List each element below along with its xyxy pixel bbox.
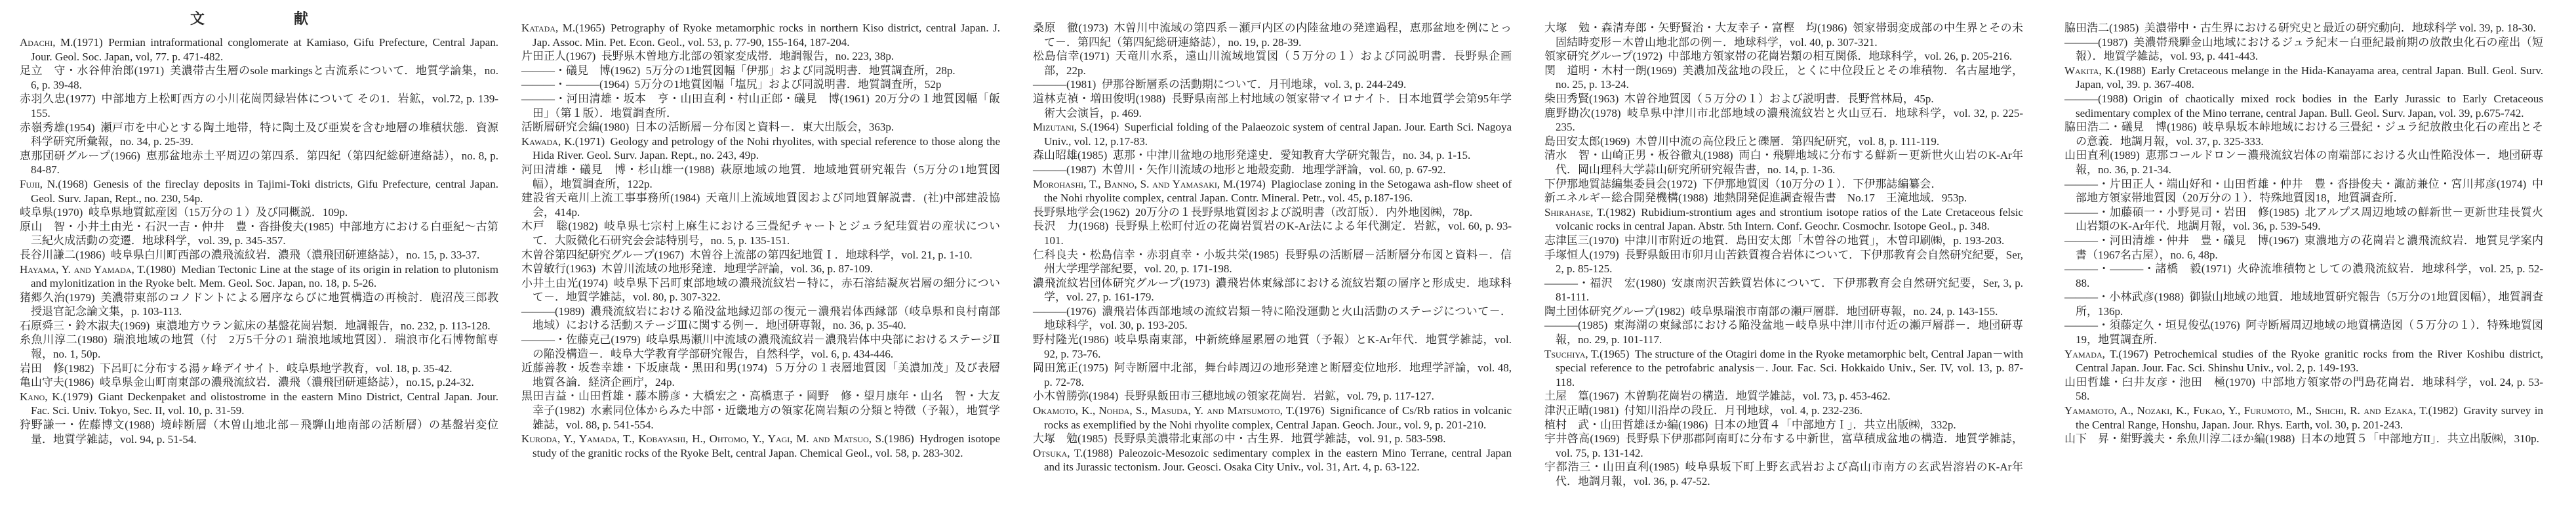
- reference-text: 日本の地質５「中部地方II」．共立出版㈱，310p.: [2301, 432, 2539, 445]
- reference-entry: 道林克禎・増田俊明(1988) 長野県南部上村地域の領家帯マイロナイト．日本地質…: [1033, 92, 1512, 120]
- reference-entry: 野村隆光(1986) 岐阜県南東部，中新統蜂屋累層の地質（予報）とK-Ar年代．…: [1033, 333, 1512, 361]
- reference-entry: 山下 昇・紺野義夫・糸魚川淳二ほか編(1988) 日本の地質５「中部地方II」．…: [2064, 432, 2543, 446]
- reference-entry: ―――・佐藤克己(1979) 岐阜県馬瀬川中流域の濃飛流紋岩－濃飛岩体中央部にお…: [521, 333, 1000, 361]
- reference-text: 長野県美濃帯北東部の中・古生界．地質学雑誌，vol. 91, p. 583-59…: [1113, 432, 1446, 445]
- reference-text: 木曽川中流域の第四系－瀬戸内区の内陸盆地の発達過程，恵那盆地を例にとって－．第四…: [1044, 22, 1512, 49]
- reference-entry: Morohashi, T., Banno, S. and Yamasaki, M…: [1033, 177, 1512, 205]
- reference-entry: 新エネルギー総合開発機構(1988) 地熱開発促進調査報告書 No.17 王滝地…: [1544, 191, 2023, 205]
- reference-author: 活断層研究会編: [521, 121, 599, 133]
- reference-entry: 陶土団体研究グループ(1982) 岐阜県瑞浪市南部の瀬戸層群．地団研専報，no.…: [1544, 304, 2023, 319]
- reference-year: (1967): [1589, 390, 1619, 402]
- reference-text: 恵那コールドロン－濃飛流紋岩体の南端部における火山性陥没体－．地団研専報，no.…: [2076, 149, 2543, 176]
- reference-entry: ―――・礒見 博(1962) 5万分の1地質図幅「伊那」および同説明書．地質調査…: [521, 64, 1000, 78]
- reference-year: (1961): [840, 93, 870, 105]
- reference-year: (1982): [64, 362, 94, 375]
- reference-text: Origin of chaotically mixed rock bodies …: [2076, 93, 2543, 119]
- reference-text: 地熱開発促進調査報告書 No.17 王滝地域．953p.: [1714, 192, 1967, 204]
- reference-year: (1964): [599, 78, 629, 91]
- reference-author: 長野県地学会: [1033, 206, 1100, 219]
- reference-author: 手塚恒人: [1544, 249, 1589, 261]
- reference-year: (1987): [1066, 163, 1096, 176]
- reference-column-5: 脇田浩二(1985) 美濃帯中・古生界における研究史と最近の研究動向．地球科学 …: [2064, 21, 2543, 446]
- reference-year: (1980): [77, 333, 107, 346]
- reference-entry: Yamada, T.(1967) Petrochemical studies o…: [2064, 347, 2543, 375]
- reference-author: 山下 昇・紺野義夫・糸魚川淳二ほか編: [2064, 432, 2265, 445]
- reference-text: Giant Deckenpaket and olistostrome in th…: [31, 390, 498, 417]
- reference-entry: 長谷川謙二(1986) 岐阜県白川町西部の濃飛流紋岩．濃飛（濃飛団研連絡誌），n…: [20, 248, 498, 262]
- reference-year: (1986): [884, 432, 914, 445]
- reference-entry: 岡田篤正(1975) 阿寺断層中北部，舞台峠周辺の地形発達と断層変位地形．地理学…: [1033, 361, 1512, 389]
- reference-year: (1985): [1077, 432, 1107, 445]
- reference-author: 赤嶺秀雄: [20, 121, 65, 134]
- reference-year: (1978): [1591, 107, 1620, 119]
- reference-author: 新エネルギー総合開発機構: [1544, 192, 1678, 204]
- reference-entry: ―――・河田清雄・坂本 亨・山田直利・村山正郎・礒見 博(1961) 20万分の…: [521, 92, 1000, 120]
- reference-year: (1989): [555, 305, 584, 318]
- reference-author: ―――・小林武彦: [2064, 291, 2154, 303]
- reference-author: 長沢 力: [1033, 220, 1079, 232]
- reference-text: 濃飛流紋岩における陥没盆地縁辺部の復元－濃飛岩体西縁部（岐阜県和良村南部地域）に…: [533, 305, 1000, 332]
- reference-author: 山田直利: [2064, 149, 2110, 161]
- reference-year: (1972): [1667, 178, 1697, 190]
- reference-author: 関 道明・木村一朗: [1544, 64, 1647, 77]
- reference-entry: 赤嶺秀雄(1954) 瀬戸市を中心とする陶土地帯，特に陶土及び亜炭を含む地層の堆…: [20, 121, 498, 149]
- reference-text: 岐阜県白川町西部の濃飛流紋岩．濃飛（濃飛団研連絡誌），no. 15, p. 33…: [111, 249, 479, 261]
- reference-author: ―――: [1033, 163, 1066, 176]
- reference-year: (1981): [1066, 78, 1096, 91]
- reference-year: (1988): [2098, 93, 2127, 105]
- reference-text: 恵那・中津川盆地の地形発達史．愛知教育大学研究報告，no. 34, p. 1-1…: [1113, 149, 1470, 161]
- reference-year: (1976): [2210, 319, 2240, 331]
- reference-year: (1985): [1249, 249, 1278, 261]
- reference-entry: Kawada, K.(1971) Geology and petrology o…: [521, 135, 1000, 163]
- reference-entry: Yamamoto, A., Nozaki, K., Fukao, Y., Fur…: [2064, 404, 2543, 432]
- reference-author: 木戸 聡: [521, 220, 568, 232]
- reference-text: 東海湖の東縁部における陥没盆地－岐阜県中津川市付近の瀬戸層群－．地団研専報，no…: [1556, 319, 2023, 346]
- reference-entry: 赤羽久忠(1977) 中部地方上松町西方の小川花崗閃緑岩体について その1．岩鉱…: [20, 92, 498, 120]
- reference-year: (1988): [1703, 149, 1733, 161]
- reference-author: Otsuka, T.: [1033, 447, 1083, 459]
- reference-text: 長野県上松町付近の花崗岩質岩のK-Ar法による年代測定．岩鉱，vol. 60, …: [1044, 220, 1512, 247]
- reference-year: (1984): [670, 192, 700, 204]
- reference-year: (1986): [75, 249, 105, 261]
- reference-entry: 下伊那地質誌編集委員会(1972) 下伊那地質図（10万分の１）．下伊那誌編纂会…: [1544, 177, 2023, 192]
- reference-author: 柴田秀賢: [1544, 93, 1589, 105]
- reference-entry: Kano, K.(1979) Giant Deckenpaket and oli…: [20, 390, 498, 418]
- reference-author: 濃飛流紋岩団体研究グループ: [1033, 277, 1180, 289]
- reference-year: (1973): [1078, 22, 1108, 34]
- reference-year: (1979): [611, 333, 640, 346]
- reference-author: 鹿野勘次: [1544, 107, 1591, 119]
- reference-entry: Tsuchiya, T.(1965) The structure of the …: [1544, 347, 2023, 390]
- reference-author: 木曽谷第四紀研究グループ: [521, 249, 654, 261]
- reference-entry: 島田安太郎(1969) 木曽川中流の高位段丘と礫層．第四紀研究，vol. 8, …: [1544, 135, 2023, 149]
- reference-text: 日本の地質４「中部地方Ｉ」．共立出版㈱，332p.: [1714, 419, 1956, 431]
- reference-entry: ―――・福沢 宏(1980) 安康南沢苦鉄質岩体について．下伊那教育会自然研究紀…: [1544, 276, 2023, 304]
- reference-year: (1986): [1079, 333, 1108, 346]
- reference-entry: ―――(1987) 美濃帯飛騨金山地域におけるジュラ紀末－白亜紀最前期の放散虫化…: [2064, 35, 2543, 64]
- reference-year: (1982): [2428, 404, 2458, 417]
- reference-year: (1988): [2116, 64, 2145, 77]
- reference-entry: ―――・―――・諸橋 毅(1971) 火砕流堆積物としての濃飛流紋岩．地球科学，…: [2064, 262, 2543, 290]
- reference-text: 岐阜県瑞浪市南部の瀬戸層群．地団研専報，no. 24, p. 143-155.: [1690, 305, 1998, 318]
- reference-entry: ―――(1985) 東海湖の東縁部における陥没盆地－岐阜県中津川市付近の瀬戸層群…: [1544, 318, 2023, 346]
- reference-year: (1988): [2265, 432, 2295, 445]
- reference-year: (1968): [58, 178, 87, 190]
- reference-entry: 岐阜県(1970) 岐阜県地質鉱産図（15万分の１）及び同概説．109p.: [20, 205, 498, 220]
- reference-author: 亀山守夫: [20, 376, 64, 388]
- reference-year: (1982): [1655, 305, 1685, 318]
- reference-text: 下伊那地質図（10万分の１）．下伊那誌編纂会．: [1702, 178, 1942, 190]
- reference-author: ―――・須藤定久・垣見俊弘: [2064, 319, 2210, 331]
- reference-text: 木曽川・矢作川流域の地形と地殻変動．地理学評論，vol. 60, p. 67-9…: [1102, 163, 1446, 176]
- reference-entry: 大塚 勉(1985) 長野県美濃帯北東部の中・古生界．地質学雑誌，vol. 91…: [1033, 432, 1512, 446]
- reference-entry: Shirahase, T.(1982) Rubidium-strontium a…: [1544, 205, 2023, 234]
- reference-year: (1988): [1678, 192, 1708, 204]
- reference-author: 脇田浩二・礒見 博: [2064, 121, 2167, 133]
- reference-author: 足立 守・水谷伸治郎: [20, 64, 134, 77]
- reference-text: 5万分の1地質図幅「伊那」および同説明書．地質調査所，28p.: [646, 64, 956, 77]
- reference-entry: 片田正人(1967) 長野県木曽地方北部の領家変成帯．地調報告，no. 223,…: [521, 49, 1000, 64]
- reference-entry: 原山 智・小井土由光・石沢一吉・仲井 豊・沓掛俊夫(1985) 中部地方における…: [20, 220, 498, 248]
- reference-author: 大塚 勉: [1033, 432, 1077, 445]
- reference-author: 片田正人: [521, 50, 566, 62]
- reference-author: 志津匡三: [1544, 234, 1589, 247]
- reference-text: 美濃帯東部のコノドントによる層序ならびに地質構造の再検討．鹿沼茂三郎教授退官記念…: [31, 291, 498, 318]
- reference-text: 木曽谷上流部の第四紀地質Ｉ．地球科学，vol. 21, p. 1-10.: [689, 249, 972, 261]
- reference-author: Adachi, M.: [20, 36, 73, 49]
- reference-author: 道林克禎・増田俊明: [1033, 93, 1136, 105]
- reference-year: (1974): [737, 362, 767, 374]
- reference-author: ―――: [1544, 319, 1578, 331]
- reference-entry: 清水 智・山崎正男・板谷徹丸(1988) 両白・飛騨地域に分布する鮮新－更新世火…: [1544, 148, 2023, 177]
- reference-year: (1966): [111, 150, 140, 162]
- reference-year: (1965): [1600, 348, 1629, 360]
- reference-author: ―――・河田清雄・坂本 亨・山田直利・村山正郎・礒見 博: [521, 93, 840, 105]
- reference-text: 付知川沿岸の段丘．月刊地球，vol. 4, p. 232-236.: [1624, 404, 1862, 417]
- reference-year: (1971): [1079, 50, 1109, 62]
- reference-year: (1969): [120, 320, 150, 332]
- reference-year: (1969): [1600, 135, 1630, 148]
- reference-entry: 猪郷久治(1979) 美濃帯東部のコノドントによる層序ならびに地質構造の再検討．…: [20, 291, 498, 319]
- reference-entry: 脇田浩二・礒見 博(1986) 岐阜県坂本峠地域における三畳紀・ジュラ紀放散虫化…: [2064, 120, 2543, 148]
- reference-entry: 土屋 篁(1967) 木曽駒花崗岩の構造．地質学雑誌，vol. 73, p. 4…: [1544, 389, 2023, 404]
- reference-author: ―――・礒見 博: [521, 64, 611, 77]
- reference-text: 長野県飯田市三穂地域の領家花崗岩．岩鉱，vol. 79, p. 117-127.: [1124, 390, 1434, 402]
- reference-text: Paleozoic-Mesozoic sedimentary complex i…: [1044, 447, 1512, 474]
- reference-year: (1986): [2167, 121, 2196, 133]
- reference-author: Kuroda, Y., Yamada, T., Kobayashi, H., O…: [521, 432, 884, 445]
- reference-year: (1974): [2497, 178, 2526, 190]
- reference-author: 宇都浩三・山田直利: [1544, 461, 1649, 473]
- reference-text: 木曽谷地質図（５万分の１）および説明書．長野営林局，45p.: [1624, 93, 1934, 105]
- reference-year: (1980): [599, 121, 629, 133]
- reference-year: (1986): [1817, 22, 1847, 34]
- reference-entry: ―――・加藤碩一・小野晃司・岩田 修(1985) 北アルプス周辺地域の鮮新世－更…: [2064, 205, 2543, 234]
- reference-entry: ―――・河田清雄・仲井 豊・礒見 博(1967) 東濃地方の花崗岩と濃飛流紋岩．…: [2064, 234, 2543, 262]
- reference-year: (1971): [2202, 262, 2231, 275]
- reference-entry: 森山昭雄(1985) 恵那・中津川盆地の地形発達史．愛知教育大学研究報告，no.…: [1033, 148, 1512, 163]
- reference-author: 恵那団研グループ: [20, 150, 111, 162]
- reference-text: 岐阜県中津川市北部地域の濃飛流紋岩と火山豆石．地球科学，vol. 32, p. …: [1556, 107, 2023, 134]
- reference-text: 長野県下伊那郡阿南町に分布する中新世，富草積成盆地の構造．地質学雑誌，vol. …: [1556, 432, 2023, 459]
- reference-entry: 山田哲雄・臼井友彦・池田 極(1970) 中部地方領家帯の門島花崗岩．地球科学，…: [2064, 375, 2543, 404]
- reference-entry: Fujii, N.(1968) Genesis of the fireclay …: [20, 177, 498, 205]
- reference-text: 瀬戸市を中心とする陶土地帯，特に陶土及び亜炭を含む地層の堆積状態．資源科学研究所…: [31, 121, 498, 148]
- reference-author: Fujii, N.: [20, 178, 58, 190]
- reference-year: (1968): [1079, 220, 1108, 232]
- reference-entry: Kuroda, Y., Yamada, T., Kobayashi, H., O…: [521, 432, 1000, 460]
- reference-entry: ―――(1987) 木曽川・矢作川流域の地形と地殻変動．地理学評論，vol. 6…: [1033, 163, 1512, 177]
- reference-year: (1988): [1136, 93, 1165, 105]
- reference-entry: Adachi, M.(1971) Permian intraformationa…: [20, 35, 498, 64]
- reference-text: 中津川市附近の地質．島田安太郎「木曽谷の地質」，木曽印刷㈱，p. 193-203…: [1624, 234, 2004, 247]
- reference-year: (1967): [2269, 234, 2299, 247]
- reference-entry: 糸魚川淳二(1980) 瑞浪地域の地質（付 2万5千分の1 瑞浪地域地質図）．瑞…: [20, 333, 498, 361]
- reference-entry: Otsuka, T.(1988) Paleozoic-Mesozoic sedi…: [1033, 446, 1512, 474]
- reference-year: (1965): [575, 22, 605, 34]
- reference-text: 水素同位体からみた中部・近畿地方の領家花崗岩類の分類と特徴（予報），地質学雑誌，…: [533, 404, 1000, 431]
- reference-author: 河田清雄・礒見 博・杉山雄一: [521, 163, 685, 176]
- reference-author: 領家研究グループ: [1544, 50, 1633, 62]
- reference-year: (1985): [2109, 22, 2139, 34]
- reference-column-1: Adachi, M.(1971) Permian intraformationa…: [20, 35, 498, 446]
- reference-entry: 黒田吉益・山田哲雄・藤本勝彦・大橋宏之・高橋恵子・岡野 修・望月康年・山名 智・…: [521, 389, 1000, 432]
- reference-year: (1972): [1633, 50, 1662, 62]
- reference-entry: ―――・須藤定久・垣見俊弘(1976) 阿寺断層周辺地域の地質構造図（５万分の１…: [2064, 318, 2543, 346]
- reference-author: 桑原 徹: [1033, 22, 1078, 34]
- reference-year: (1980): [1636, 277, 1666, 289]
- reference-year: (1989): [2110, 149, 2139, 161]
- reference-author: Katada, M.: [521, 22, 575, 34]
- reference-author: Morohashi, T., Banno, S. and Yamasaki, M…: [1033, 178, 1236, 190]
- reference-year: (1984): [1089, 390, 1118, 402]
- reference-entry: 活断層研究会編(1980) 日本の活断層－分布図と資料－．東大出版会，363p.: [521, 120, 1000, 135]
- reference-year: (1976): [1295, 404, 1324, 417]
- reference-year: (1970): [2225, 376, 2255, 388]
- reference-text: 岐阜県地質鉱産図（15万分の１）及び同概説．109p.: [89, 206, 348, 219]
- reference-year: (1974): [578, 277, 608, 289]
- reference-author: 石原舜三・鈴木淑夫: [20, 320, 120, 332]
- reference-entry: 近藤善教・坂巻幸雄・下坂康哉・黒田和男(1974) ５万分の１表層地質図「美濃加…: [521, 361, 1000, 389]
- reference-author: 森山昭雄: [1033, 149, 1077, 161]
- reference-author: 原山 智・小井土由光・石沢一吉・仲井 豊・沓掛俊夫: [20, 220, 304, 233]
- reference-author: Okamoto, K., Nohda, S., Masuda, Y. and M…: [1033, 404, 1295, 417]
- reference-text: 中部地方領家帯の花崗岩類の相互関係．地球科学，vol. 26, p. 205-2…: [1668, 50, 2012, 62]
- reference-entry: 岩田 修(1982) 下呂町に分布する湯ヶ峰デイサイト．岐阜県地学教育，vol.…: [20, 362, 498, 376]
- reference-author: 小木曽勝弥: [1033, 390, 1089, 402]
- reference-author: 赤羽久忠: [20, 93, 66, 105]
- reference-text: 天竜川水系，遠山川流域地質図（５万分の１）および同説明書．長野県企画部，22p.: [1044, 50, 1512, 77]
- reference-entry: ―――・小林武彦(1988) 御嶽山地域の地質．地域地質研究報告（5万分の1地質…: [2064, 290, 2543, 318]
- reference-author: ―――・―――: [521, 78, 599, 91]
- reference-entry: 領家研究グループ(1972) 中部地方領家帯の花崗岩類の相互関係．地球科学，vo…: [1544, 49, 2023, 64]
- reference-entry: 関 道明・木村一朗(1969) 美濃加茂盆地の段丘，とくに中位段丘とその堆積物．…: [1544, 64, 2023, 92]
- reference-author: 長谷川謙二: [20, 249, 75, 261]
- reference-year: (1986): [1678, 419, 1708, 431]
- reference-author: 土屋 篁: [1544, 390, 1589, 402]
- reference-text: 木曽駒花崗岩の構造．地質学雑誌，vol. 73, p. 453-462.: [1624, 390, 1891, 402]
- reference-author: ―――・片田正人・端山好和・山田哲雄・仲井 豊・沓掛俊夫・諏訪兼位・宮川邦彦: [2064, 178, 2497, 190]
- reference-text: 下呂町に分布する湯ヶ峰デイサイト．岐阜県地学教育，vol. 18, p. 35-…: [100, 362, 453, 375]
- reference-author: 清水 智・山崎正男・板谷徹丸: [1544, 149, 1703, 161]
- reference-entry: Okamoto, K., Nohda, S., Masuda, Y. and M…: [1033, 404, 1512, 432]
- reference-entry: 狩野謙一・佐藤博文(1988) 境峠断層（木曽山地北部－飛騨山地南部の活断層）の…: [20, 418, 498, 446]
- reference-year: (1974): [1236, 178, 1265, 190]
- reference-author: 岐阜県: [20, 206, 53, 219]
- reference-entry: 大塚 勉・森清寿郎・矢野賢治・大友幸子・富樫 均(1986) 領家帯弱変成部の中…: [1544, 21, 2023, 49]
- reference-year: (1986): [64, 376, 94, 388]
- reference-year: (1969): [1590, 432, 1619, 445]
- reference-author: 松島信幸: [1033, 50, 1079, 62]
- reference-author: ―――: [2064, 36, 2098, 49]
- reference-year: (1985): [1578, 319, 1607, 331]
- reference-year: (1985): [1649, 461, 1679, 473]
- reference-year: (1973): [1180, 277, 1209, 289]
- reference-entry: ―――(1989) 濃飛流紋岩における陥没盆地縁辺部の復元－濃飛岩体西縁部（岐阜…: [521, 304, 1000, 333]
- reference-year: (1969): [1647, 64, 1676, 77]
- reference-author: Mizutani, S.: [1033, 121, 1089, 133]
- reference-entry: 長野県地学会(1962) 20万分の１長野県地質図および説明書（改訂版）．内外地…: [1033, 205, 1512, 220]
- reference-author: ―――・加藤碩一・小野晃司・岩田 修: [2064, 206, 2269, 219]
- reference-year: (1982): [1605, 206, 1635, 219]
- reference-year: (1979): [1589, 249, 1619, 261]
- page-title-char-2: 献: [294, 8, 308, 28]
- reference-entry: Mizutani, S.(1964) Superficial folding o…: [1033, 120, 1512, 148]
- reference-year: (1987): [2098, 36, 2127, 49]
- reference-year: (1964): [1089, 121, 1119, 133]
- reference-author: Kano, K.: [20, 390, 63, 403]
- reference-author: ―――・佐藤克己: [521, 333, 611, 346]
- reference-entry: ―――・―――(1964) 5万分の1地質図幅「塩尻」および同説明書．地質調査所…: [521, 77, 1000, 92]
- reference-text: 岐阜県七宗村上麻生における三畳紀チャートとジュラ紀珪質岩の産状について．大阪微化…: [533, 220, 1000, 247]
- reference-text: 美濃帯中・古生界における研究史と最近の研究動向．地球科学 vol. 39, p.…: [2144, 22, 2536, 34]
- reference-year: (1967): [2118, 348, 2148, 360]
- reference-entry: 桑原 徹(1973) 木曽川中流域の第四系－瀬戸内区の内陸盆地の発達過程，恵那盆…: [1033, 21, 1512, 49]
- reference-text: 長野県飯田市卯月山苦鉄質複合岩体について．下伊那教育会自然研究紀要，Ser, 2…: [1556, 249, 2023, 276]
- reference-text: 木曽川中流の高位段丘と礫層．第四紀研究，vol. 8, p. 111-119.: [1636, 135, 1939, 148]
- reference-author: 植村 武・山田哲雄ほか編: [1544, 419, 1678, 431]
- reference-author: 猪郷久治: [20, 291, 65, 304]
- reference-entry: 宇都浩三・山田直利(1985) 岐阜県坂下町上野玄武岩および高山市南方の玄武岩溶…: [1544, 460, 2023, 488]
- reference-column-4: 大塚 勉・森清寿郎・矢野賢治・大友幸子・富樫 均(1986) 領家帯弱変成部の中…: [1544, 21, 2023, 489]
- reference-text: Genesis of the fireclay deposits in Taji…: [31, 178, 498, 205]
- reference-year: (1981): [1589, 404, 1619, 417]
- reference-author: 小井土由光: [521, 277, 578, 289]
- reference-entry: 濃飛流紋岩団体研究グループ(1973) 濃飛岩体東縁部における流紋岩類の層序と形…: [1033, 276, 1512, 304]
- reference-year: (1979): [63, 390, 92, 403]
- reference-author: ―――: [1033, 305, 1066, 318]
- reference-year: (1988): [1083, 447, 1112, 459]
- reference-year: (1963): [566, 262, 595, 275]
- reference-year: (1988): [685, 163, 714, 176]
- reference-author: 建設省天竜川上流工事事務所: [521, 192, 670, 204]
- reference-author: ―――: [2064, 93, 2098, 105]
- reference-year: (1967): [654, 249, 684, 261]
- reference-year: (1988): [125, 419, 154, 431]
- reference-author: Wakita, K.: [2064, 64, 2116, 77]
- reference-text: 木曽川流域の地形発達．地理学評論，vol. 36, p. 87-109.: [601, 262, 873, 275]
- reference-text: 濃飛岩体西部地域の流紋岩類－特に陥没運動と火山活動のステージについて－．地球科学…: [1044, 305, 1512, 332]
- reference-year: (1975): [1078, 362, 1108, 374]
- reference-author: 山田哲雄・臼井友彦・池田 極: [2064, 376, 2225, 388]
- reference-year: (1985): [1077, 149, 1107, 161]
- reference-author: ―――・―――・諸橋 毅: [2064, 262, 2202, 275]
- reference-author: 下伊那地質誌編集委員会: [1544, 178, 1667, 190]
- reference-year: (1962): [611, 64, 640, 77]
- reference-year: (1970): [1589, 234, 1619, 247]
- reference-text: 阿寺断層中北部，舞台峠周辺の地形発達と断層変位地形．地理学評論，vol. 48,…: [1044, 362, 1512, 388]
- reference-year: (1982): [568, 220, 597, 232]
- reference-entry: 恵那団研グループ(1966) 恵那盆地赤土平周辺の第四系．第四紀（第四紀総研連絡…: [20, 149, 498, 177]
- reference-text: 美濃帯飛騨金山地域におけるジュラ紀末－白亜紀最前期の放散虫化石の産出（短報）．地…: [2076, 36, 2543, 63]
- reference-text: 伊那谷断層系の活動期について．月刊地球，vol. 3, p. 244-249.: [1102, 78, 1406, 91]
- reference-entry: ―――(1981) 伊那谷断層系の活動期について．月刊地球，vol. 3, p.…: [1033, 77, 1512, 92]
- reference-entry: 志津匡三(1970) 中津川市附近の地質．島田安太郎「木曽谷の地質」，木曽印刷㈱…: [1544, 234, 2023, 248]
- reference-entry: ―――(1976) 濃飛岩体西部地域の流紋岩類－特に陥没運動と火山活動のステージ…: [1033, 304, 1512, 333]
- reference-author: 島田安太郎: [1544, 135, 1600, 148]
- reference-year: (1988): [2154, 291, 2184, 303]
- reference-text: 中部地方上松町西方の小川花崗閃緑岩体について その1．岩鉱，vol.72, p.…: [31, 93, 498, 119]
- reference-author: Hayama, Y. and Yamada, T.: [20, 263, 146, 276]
- reference-entry: 亀山守夫(1986) 岐阜県金山町南東部の濃飛流紋岩．濃飛（濃飛団研連絡誌），n…: [20, 375, 498, 390]
- reference-year: (1977): [66, 93, 95, 105]
- reference-author: ―――・河田清雄・仲井 豊・礒見 博: [2064, 234, 2269, 247]
- reference-entry: 脇田浩二(1985) 美濃帯中・古生界における研究史と最近の研究動向．地球科学 …: [2064, 21, 2543, 35]
- reference-author: 木曽敏行: [521, 262, 566, 275]
- reference-year: (1979): [65, 291, 94, 304]
- reference-author: 糸魚川淳二: [20, 333, 77, 346]
- reference-entry: 足立 守・水谷伸治郎(1971) 美濃帯古生層のsole markingsと古流…: [20, 64, 498, 92]
- reference-year: (1971): [73, 36, 102, 49]
- reference-entry: Katada, M.(1965) Petrography of Ryoke me…: [521, 21, 1000, 49]
- reference-text: 長野県木曽地方北部の領家変成帯．地調報告，no. 223, 38p.: [601, 50, 894, 62]
- reference-entry: 木戸 聡(1982) 岐阜県七宗村上麻生における三畳紀チャートとジュラ紀珪質岩の…: [521, 219, 1000, 247]
- reference-year: (1963): [1589, 93, 1619, 105]
- reference-text: Early Cretaceous melange in the Hida-Kan…: [2076, 64, 2543, 91]
- reference-entry: 手塚恒人(1979) 長野県飯田市卯月山苦鉄質複合岩体について．下伊那教育会自然…: [1544, 248, 2023, 276]
- reference-year: (1971): [575, 135, 605, 148]
- reference-year: (1982): [555, 404, 584, 417]
- reference-entry: 小木曽勝弥(1984) 長野県飯田市三穂地域の領家花崗岩．岩鉱，vol. 79,…: [1033, 389, 1512, 404]
- reference-column-3: 桑原 徹(1973) 木曽川中流域の第四系－瀬戸内区の内陸盆地の発達過程，恵那盆…: [1033, 21, 1512, 474]
- reference-entry: 木曽谷第四紀研究グループ(1967) 木曽谷上流部の第四紀地質Ｉ．地球科学，vo…: [521, 248, 1000, 262]
- reference-year: (1970): [53, 206, 83, 219]
- reference-year: (1985): [304, 220, 333, 233]
- reference-text: 岐阜県金山町南東部の濃飛流紋岩．濃飛（濃飛団研連絡誌），no.15, p.24-…: [100, 376, 474, 388]
- reference-author: 仁科良夫・松島信幸・赤羽貞幸・小坂共栄: [1033, 249, 1249, 261]
- reference-entry: 鹿野勘次(1978) 岐阜県中津川市北部地域の濃飛流紋岩と火山豆石．地球科学，v…: [1544, 106, 2023, 135]
- reference-entry: 山田直利(1989) 恵那コールドロン－濃飛流紋岩体の南端部における火山性陥没体…: [2064, 148, 2543, 177]
- reference-text: 5万分の1地質図幅「塩尻」および同説明書．地質調査所，52p: [635, 78, 942, 91]
- reference-year: (1980): [146, 263, 176, 276]
- reference-author: 岡田篤正: [1033, 362, 1078, 374]
- reference-entry: 木曽敏行(1963) 木曽川流域の地形発達．地理学評論，vol. 36, p. …: [521, 262, 1000, 276]
- reference-author: Kawada, K.: [521, 135, 575, 148]
- reference-entry: 柴田秀賢(1963) 木曽谷地質図（５万分の１）および説明書．長野営林局，45p…: [1544, 92, 2023, 106]
- reference-entry: 津沢正晴(1981) 付知川沿岸の段丘．月刊地球，vol. 4, p. 232-…: [1544, 404, 2023, 418]
- reference-year: (1967): [566, 50, 595, 62]
- reference-author: 津沢正晴: [1544, 404, 1589, 417]
- reference-author: 狩野謙一・佐藤博文: [20, 419, 125, 431]
- reference-entry: Hayama, Y. and Yamada, T.(1980) Median T…: [20, 262, 498, 291]
- reference-year: (1971): [134, 64, 164, 77]
- reference-author: 大塚 勉・森清寿郎・矢野賢治・大友幸子・富樫 均: [1544, 22, 1817, 34]
- reference-author: ―――: [1033, 78, 1066, 91]
- reference-entry: ―――・片田正人・端山好和・山田哲雄・仲井 豊・沓掛俊夫・諏訪兼位・宮川邦彦(1…: [2064, 177, 2543, 205]
- reference-entry: 長沢 力(1968) 長野県上松町付近の花崗岩質岩のK-Ar法による年代測定．岩…: [1033, 219, 1512, 247]
- reference-author: 宇井啓高: [1544, 432, 1590, 445]
